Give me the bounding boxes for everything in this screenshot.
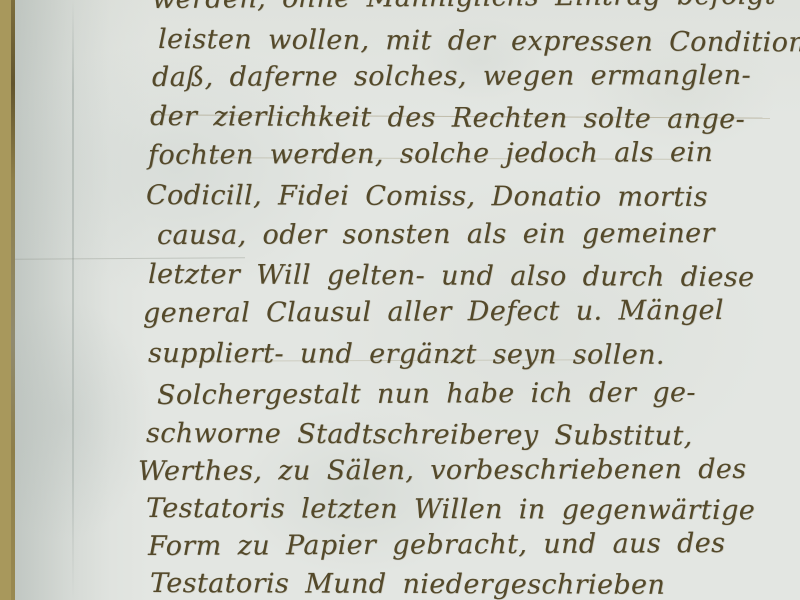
- manuscript-line: schworne Stadtschreiberey Substitut,: [146, 418, 693, 452]
- manuscript-line: Form zu Papier gebracht, und aus des: [148, 528, 726, 562]
- manuscript-line: letzter Will gelten- und also durch dies…: [148, 259, 755, 293]
- manuscript-line: werden, ohne Männiglichs Eintrag befolgt: [152, 0, 776, 15]
- manuscript-line: Testatoris letzten Willen in gegenwärtig…: [146, 493, 755, 526]
- manuscript-line: causa, oder sonsten als ein gemeiner: [157, 218, 715, 251]
- vertical-fold-line: [72, 0, 74, 600]
- manuscript-page: werden, ohne Männiglichs Eintrag befolgt…: [0, 0, 800, 600]
- manuscript-line: Solchergestalt nun habe ich der ge-: [157, 377, 696, 411]
- gutter-shadow: [15, 0, 110, 600]
- manuscript-line: suppliert- und ergänzt seyn sollen.: [148, 338, 665, 371]
- manuscript-line: Codicill, Fidei Comiss, Donatio mortis: [146, 180, 708, 213]
- manuscript-line: leisten wollen, mit der expressen Condit…: [158, 24, 800, 58]
- book-binding-edge: [0, 0, 15, 600]
- manuscript-line: general Clausul aller Defect u. Mängel: [143, 295, 724, 329]
- manuscript-line: daß, daferne solches, wegen ermanglen-: [152, 60, 751, 93]
- manuscript-line: fochten werden, solche jedoch als ein: [148, 137, 713, 171]
- manuscript-line: der zierlichkeit des Rechten solte ange-: [150, 101, 745, 135]
- manuscript-line: Testatoris Mund niedergeschrieben: [150, 568, 665, 600]
- manuscript-line: Werthes, zu Sälen, vorbeschriebenen des: [138, 454, 747, 487]
